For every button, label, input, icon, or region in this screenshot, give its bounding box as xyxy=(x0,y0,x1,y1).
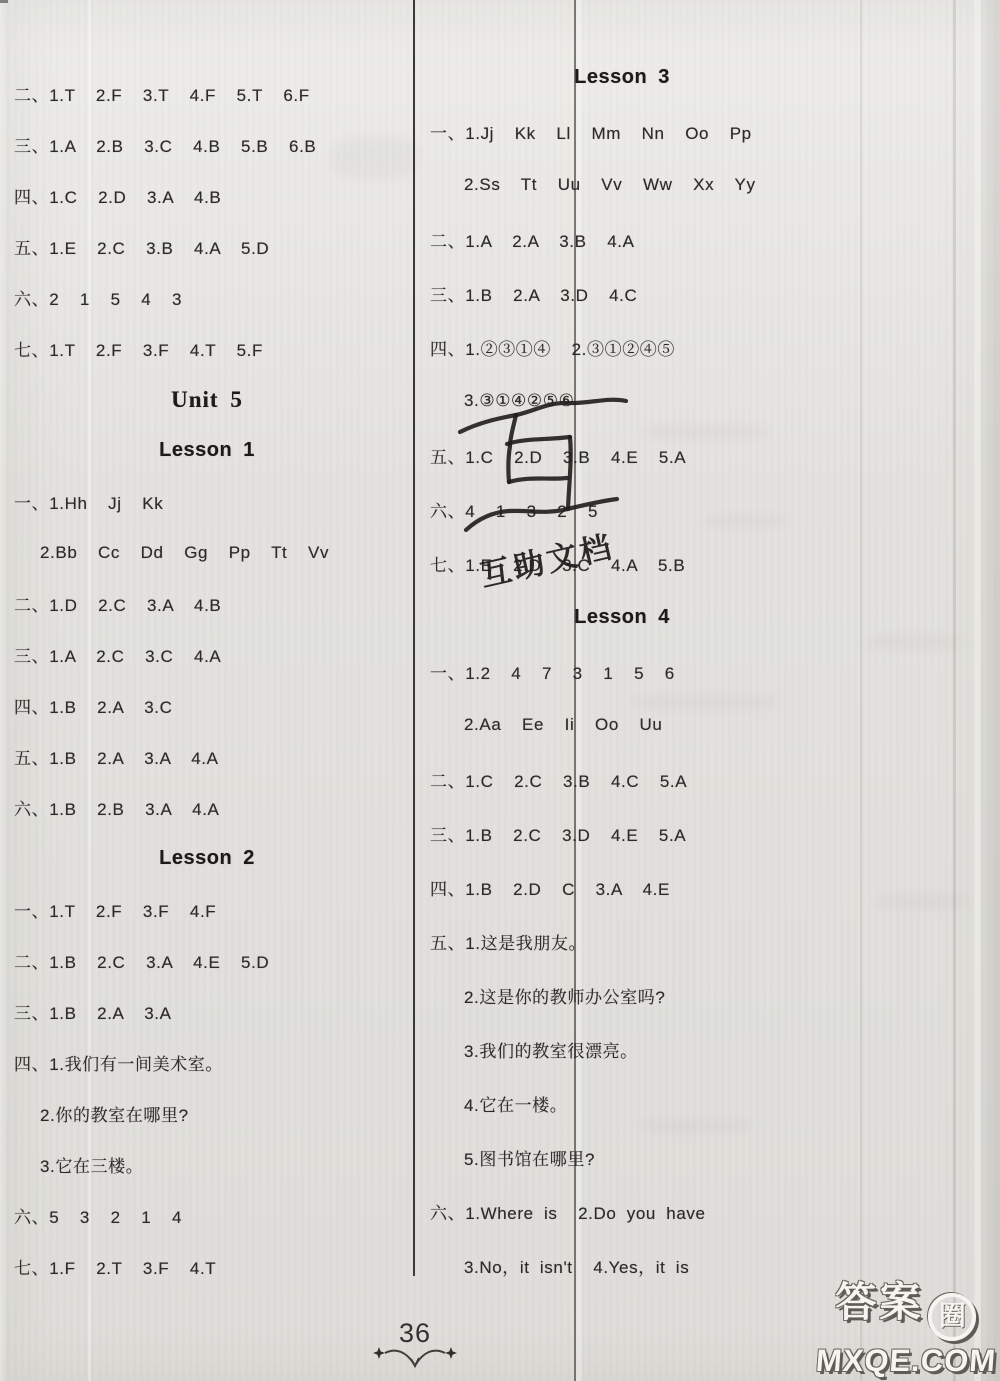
scan-corner-mark xyxy=(0,0,8,3)
answer-row: 一、1.T 2.F 3.F 4.F xyxy=(0,884,414,935)
answer-row: 三、1.B 2.A 3.D 4.C xyxy=(422,266,822,320)
answer-row: 四、1.C 2.D 3.A 4.B xyxy=(0,170,414,221)
answer-row: 二、1.D 2.C 3.A 4.B xyxy=(0,578,414,629)
answer-row: 五、1.这是我朋友。 xyxy=(422,914,822,968)
answer-row: 5.图书馆在哪里? xyxy=(422,1130,822,1184)
lesson-heading: Lesson 2 xyxy=(0,833,414,884)
answer-row: 三、1.B 2.C 3.D 4.E 5.A xyxy=(422,806,822,860)
answer-row: 七、1.F 2.T 3.F 4.T xyxy=(0,1241,414,1292)
answer-row: 2.Ss Tt Uu Vv Ww Xx Yy xyxy=(422,158,822,212)
answer-row: 2.你的教室在哪里? xyxy=(0,1088,414,1139)
answer-row: 三、1.A 2.B 3.C 4.B 5.B 6.B xyxy=(0,119,414,170)
page-number-block: 36 xyxy=(372,1318,458,1370)
answer-row: 六、2 1 5 4 3 xyxy=(0,272,414,323)
watermark-brand-circled: 圈 xyxy=(928,1293,976,1341)
answer-row: 三、1.B 2.A 3.A xyxy=(0,986,414,1037)
lesson-heading: Lesson 4 xyxy=(422,590,822,644)
answer-row: 六、5 3 2 1 4 xyxy=(0,1190,414,1241)
answer-row: 四、1.B 2.A 3.C xyxy=(0,680,414,731)
answer-row: 六、1.Where is 2.Do you have xyxy=(422,1184,822,1238)
answer-row: 2.这是你的教师办公室吗? xyxy=(422,968,822,1022)
answer-row: 五、1.E 2.C 3.B 4.A 5.D xyxy=(0,221,414,272)
scan-streak xyxy=(860,0,862,1381)
watermark-brand: 答案圈 xyxy=(816,1282,996,1341)
answer-row: 3.我们的教室很漂亮。 xyxy=(422,1022,822,1076)
right-column: Lesson 3一、1.Jj Kk Ll Mm Nn Oo Pp2.Ss Tt … xyxy=(422,50,822,1292)
scanned-answer-page: 二、1.T 2.F 3.T 4.F 5.T 6.F三、1.A 2.B 3.C 4… xyxy=(0,0,1000,1381)
paper-smudge xyxy=(875,895,970,908)
site-watermark: 答案圈 MXQE.COM xyxy=(816,1282,996,1376)
lesson-heading: Lesson 1 xyxy=(0,425,414,476)
answer-row: 四、1.②③①④ 2.③①②④⑤ xyxy=(422,320,822,374)
scan-streak xyxy=(974,0,981,1381)
answer-row: 一、1.Hh Jj Kk xyxy=(0,476,414,527)
answer-row: 七、1.T 2.F 3.F 4.T 5.F xyxy=(0,323,414,374)
answer-row: 2.Aa Ee Ii Oo Uu xyxy=(422,698,822,752)
answer-row: 四、1.我们有一间美术室。 xyxy=(0,1037,414,1088)
watermark-site-url: MXQE.COM xyxy=(815,1345,997,1376)
answer-row: 五、1.B 2.A 3.A 4.A xyxy=(0,731,414,782)
answer-row: 3.No，it isn't 4.Yes，it is xyxy=(422,1238,822,1292)
answer-row: 四、1.B 2.D C 3.A 4.E xyxy=(422,860,822,914)
left-column: 二、1.T 2.F 3.T 4.F 5.T 6.F三、1.A 2.B 3.C 4… xyxy=(0,68,414,1292)
answer-row: 六、1.B 2.B 3.A 4.A xyxy=(0,782,414,833)
scan-streak xyxy=(953,0,956,1381)
answer-row: 二、1.B 2.C 3.A 4.E 5.D xyxy=(0,935,414,986)
answer-row: 一、1.Jj Kk Ll Mm Nn Oo Pp xyxy=(422,104,822,158)
answer-row: 3.它在三楼。 xyxy=(0,1139,414,1190)
answer-row: 一、1.2 4 7 3 1 5 6 xyxy=(422,644,822,698)
answer-row: 4.它在一楼。 xyxy=(422,1076,822,1130)
unit-heading: Unit 5 xyxy=(0,374,414,425)
answer-row: 三、1.A 2.C 3.C 4.A xyxy=(0,629,414,680)
answer-row: 二、1.C 2.C 3.B 4.C 5.A xyxy=(422,752,822,806)
paper-smudge xyxy=(865,635,965,649)
answer-row: 2.Bb Cc Dd Gg Pp Tt Vv xyxy=(0,527,414,578)
lesson-heading: Lesson 3 xyxy=(422,50,822,104)
answer-row: 二、1.A 2.A 3.B 4.A xyxy=(422,212,822,266)
watermark-brand-text: 答案 xyxy=(835,1279,923,1325)
answer-row: 二、1.T 2.F 3.T 4.F 5.T 6.F xyxy=(0,68,414,119)
